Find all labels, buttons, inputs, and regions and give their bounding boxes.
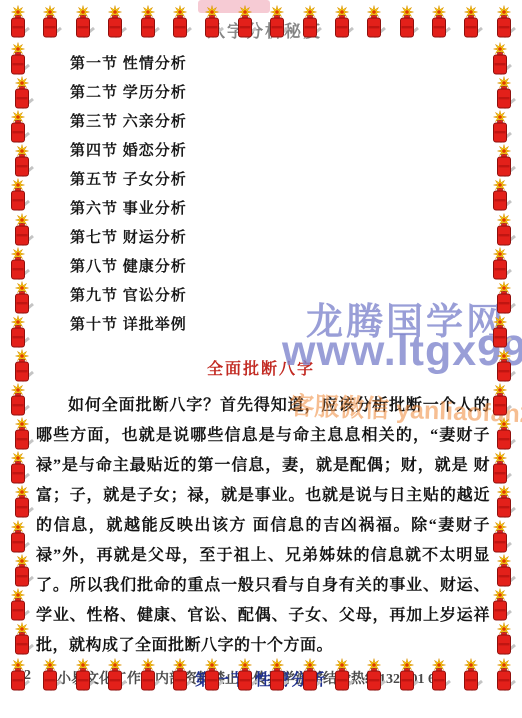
toc-item: 第八节 健康分析 — [70, 253, 522, 282]
toc-item: 第四节 婚恋分析 — [70, 137, 522, 166]
table-of-contents: 第一节 性情分析 第二节 学历分析 第三节 六亲分析 第四节 婚恋分析 第五节 … — [0, 0, 522, 340]
toc-item: 第六节 事业分析 — [70, 195, 522, 224]
toc-item: 第二节 学历分析 — [70, 79, 522, 108]
page-content: 第一节 性情分析 第二节 学历分析 第三节 六亲分析 第四节 婚恋分析 第五节 … — [0, 0, 522, 690]
toc-item: 第十节 详批举例 — [70, 311, 522, 340]
toc-item: 第三节 六亲分析 — [70, 108, 522, 137]
body-paragraph: 如何全面批断八字？首先得知道，应该分析批断一个人的哪些方面，也就是说哪些信息是与… — [36, 391, 490, 661]
toc-item: 第九节 官讼分析 — [70, 282, 522, 311]
toc-item: 第五节 子女分析 — [70, 166, 522, 195]
toc-item: 第一节 性情分析 — [70, 50, 522, 79]
subsection-heading: 第一节 性情分析 — [0, 667, 522, 690]
toc-item: 第七节 财运分析 — [70, 224, 522, 253]
document-page: 八字分析秘笈 2 小易文化工作室内部资料禁止外传易学游学结缘热线1324 01 … — [0, 0, 522, 718]
section-heading: 全面批断八字 — [0, 356, 522, 379]
